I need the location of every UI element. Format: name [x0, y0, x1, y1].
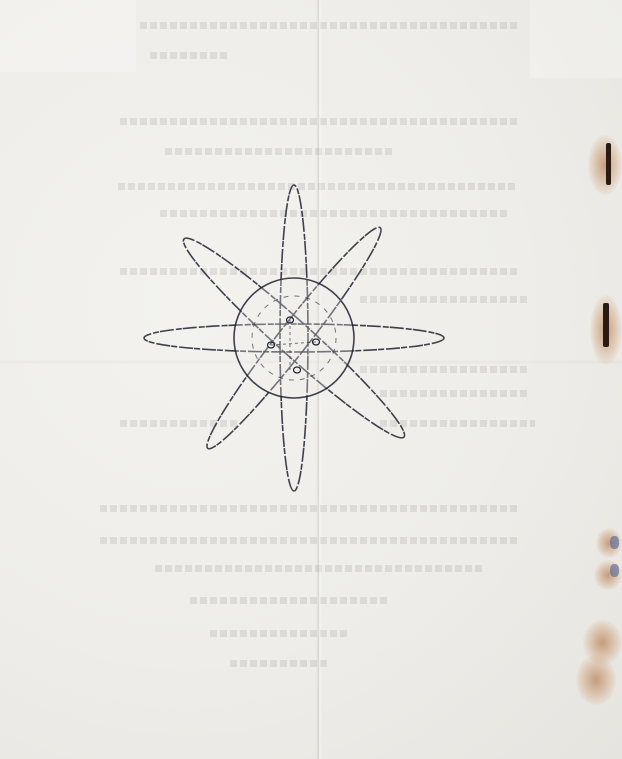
scanned-page [0, 0, 622, 759]
star-diagram [0, 0, 622, 759]
rust-stain [588, 135, 622, 195]
staple-hole [606, 143, 611, 185]
staple-hole [603, 303, 609, 347]
ink-spot [610, 536, 619, 549]
rust-stain [576, 655, 616, 705]
central-circle-group [234, 278, 354, 398]
ink-spot [610, 564, 619, 577]
